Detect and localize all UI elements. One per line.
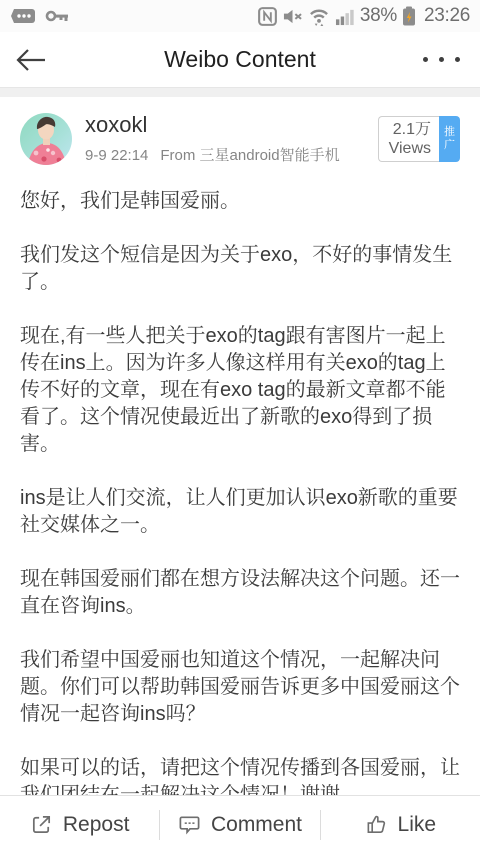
battery-percent: 38% xyxy=(360,5,397,27)
more-notifications-icon xyxy=(10,8,36,24)
more-options-icon xyxy=(423,57,428,62)
status-left-icons xyxy=(10,8,70,24)
repost-label: Repost xyxy=(63,813,130,837)
post-content: xoxokl 9-9 22:14From 三星android智能手机 2.1万 … xyxy=(0,112,480,836)
post-source: From 三星android智能手机 xyxy=(160,147,339,164)
post-paragraph: ins是让人们交流，让人们更加认识exo新歌的重要社交媒体之一。 xyxy=(20,485,460,539)
like-label: Like xyxy=(398,813,437,837)
comment-icon xyxy=(178,813,201,836)
views-box: 2.1万 Views xyxy=(378,116,439,162)
signal-icon xyxy=(335,7,355,26)
views-label: Views xyxy=(389,139,431,158)
like-button[interactable]: Like xyxy=(321,796,480,853)
post-paragraph: 现在韩国爱丽们都在想方设法解决这个问题。还一直在咨询ins。 xyxy=(20,566,460,620)
clock: 23:26 xyxy=(424,5,470,27)
avatar[interactable] xyxy=(20,113,72,165)
views-badge[interactable]: 2.1万 Views 推 广 xyxy=(378,116,460,162)
repost-button[interactable]: Repost xyxy=(0,796,159,853)
more-options-button[interactable] xyxy=(419,49,464,70)
battery-charging-icon xyxy=(402,6,416,26)
post-paragraph: 我们希望中国爱丽也知道这个情况，一起解决问题。你们可以帮助韩国爱丽告诉更多中国爱… xyxy=(20,647,460,728)
status-bar: 38% 23:26 xyxy=(0,0,480,32)
post-timestamp: 9-9 22:14 xyxy=(85,147,148,164)
bottom-action-bar: Repost Comment Like xyxy=(0,795,480,853)
promo-tag: 推 广 xyxy=(439,116,460,162)
user-info: xoxokl 9-9 22:14From 三星android智能手机 xyxy=(85,112,378,165)
author-name[interactable]: xoxokl xyxy=(85,112,378,138)
section-divider xyxy=(0,87,480,97)
post-paragraph: 您好，我们是韩国爱丽。 xyxy=(20,188,460,215)
post-paragraph: 现在,有一些人把关于exo的tag跟有害图片一起上传在ins上。因为许多人像这样… xyxy=(20,323,460,458)
comment-label: Comment xyxy=(211,813,302,837)
status-right-icons: 38% 23:26 xyxy=(258,5,470,27)
nfc-icon xyxy=(258,7,277,26)
user-row: xoxokl 9-9 22:14From 三星android智能手机 2.1万 … xyxy=(20,112,460,165)
post-paragraph: 我们发这个短信是因为关于exo，不好的事情发生了。 xyxy=(20,242,460,296)
nav-bar: Weibo Content xyxy=(0,32,480,87)
back-button[interactable] xyxy=(16,40,60,80)
mute-icon xyxy=(282,7,303,26)
comment-button[interactable]: Comment xyxy=(160,796,319,853)
vpn-key-icon xyxy=(45,9,70,23)
wifi-icon xyxy=(308,7,330,26)
page-title: Weibo Content xyxy=(0,46,480,73)
back-arrow-icon xyxy=(16,48,46,72)
views-count: 2.1万 xyxy=(389,120,431,139)
post-body: 您好，我们是韩国爱丽。 我们发这个短信是因为关于exo，不好的事情发生了。 现在… xyxy=(20,188,460,836)
phone-screen: 38% 23:26 Weibo Content xyxy=(0,0,480,853)
repost-icon xyxy=(30,813,53,836)
post-meta: 9-9 22:14From 三星android智能手机 xyxy=(85,144,378,165)
like-icon xyxy=(365,813,388,836)
